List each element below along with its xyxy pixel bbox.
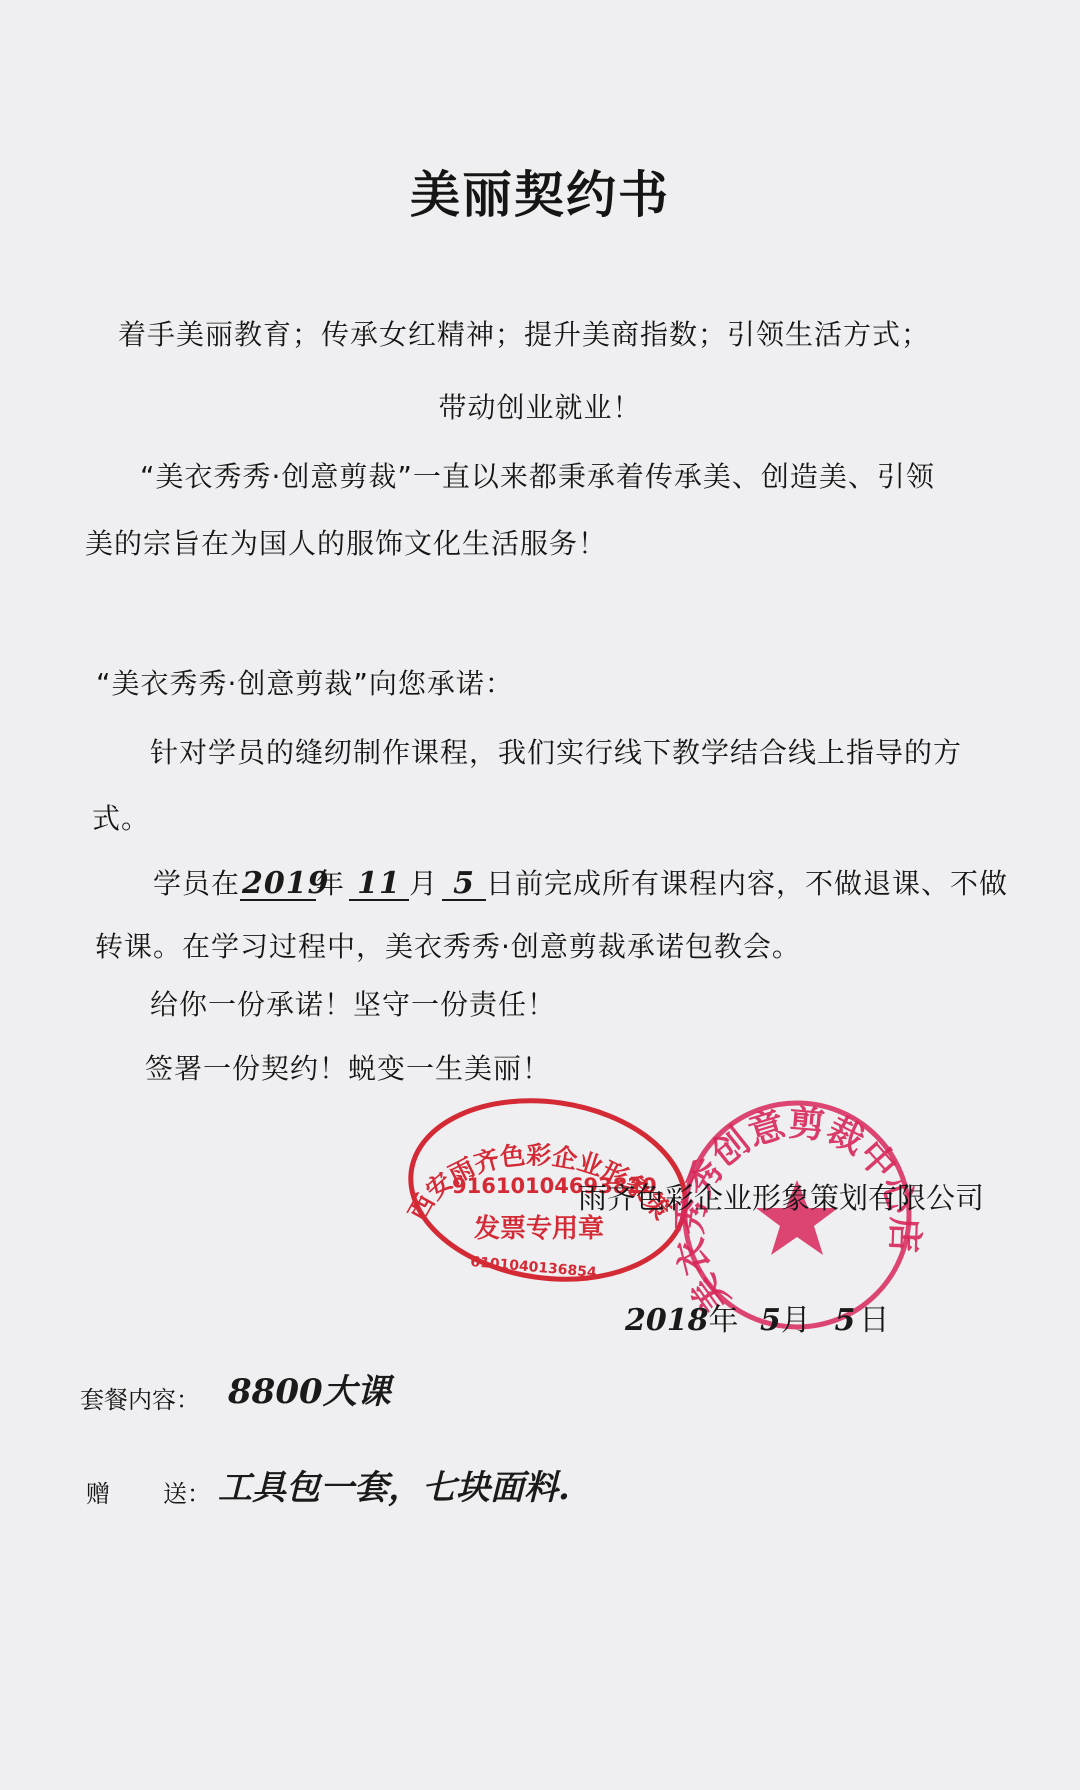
signatory-company: 雨齐色彩企业形象策划有限公司: [578, 1176, 984, 1217]
deadline-year-field: 2019: [240, 869, 316, 901]
gift-label-1: 赠: [86, 1474, 110, 1509]
promise-p2-line-2: 转课。在学习过程中，美衣秀秀·创意剪裁承诺包教会。: [95, 925, 801, 965]
deadline-day-field: 5: [442, 869, 486, 901]
promise-p2-prefix: 学员在: [153, 867, 240, 900]
deadline-month-field: 11: [349, 869, 409, 901]
promise-p1-line-2: 式。: [92, 797, 150, 837]
sign-date: 2018年 5月 5日: [625, 1295, 889, 1339]
intro-line-2: 美的宗旨在为国人的服饰文化生活服务！: [85, 522, 607, 562]
slogan-line-1: 着手美丽教育；传承女红精神；提升美商指数；引领生活方式；: [118, 313, 930, 353]
intro-line-1: “美衣秀秀·创意剪裁”一直以来都秉承着传承美、创造美、引领: [140, 455, 935, 495]
sign-date-year: 2018: [625, 1303, 709, 1338]
promise-heading: “美衣秀秀·创意剪裁”向您承诺：: [96, 662, 514, 702]
invoice-stamp-label: 发票专用章: [474, 1213, 604, 1244]
promise-p2-line-1: 学员在2019年11月5日前完成所有课程内容，不做退课、不做: [153, 862, 1008, 902]
sign-date-month-unit: 月: [781, 1303, 811, 1338]
sign-date-day-unit: 日: [859, 1303, 889, 1338]
motto-2: 签署一份契约！蜕变一生美丽！: [145, 1047, 551, 1087]
year-unit: 年: [316, 867, 345, 900]
slogan-line-2: 带动创业就业！: [0, 386, 1080, 426]
document-title: 美丽契约书: [0, 155, 1080, 227]
sign-date-year-unit: 年: [709, 1303, 739, 1338]
package-value: 8800大课: [228, 1364, 391, 1413]
gift-label-2: 送：: [163, 1474, 211, 1509]
sign-date-month: 5: [760, 1303, 781, 1338]
package-label: 套餐内容：: [80, 1380, 200, 1415]
month-unit: 月: [409, 867, 438, 900]
gift-value: 工具包一套，七块面料.: [218, 1460, 570, 1509]
motto-1: 给你一份承诺！坚守一份责任！: [150, 983, 556, 1023]
promise-p2-suffix: 日前完成所有课程内容，不做退课、不做: [486, 867, 1008, 900]
sign-date-day: 5: [834, 1303, 855, 1338]
promise-p1-line-1: 针对学员的缝纫制作课程，我们实行线下教学结合线上指导的方: [150, 731, 962, 771]
